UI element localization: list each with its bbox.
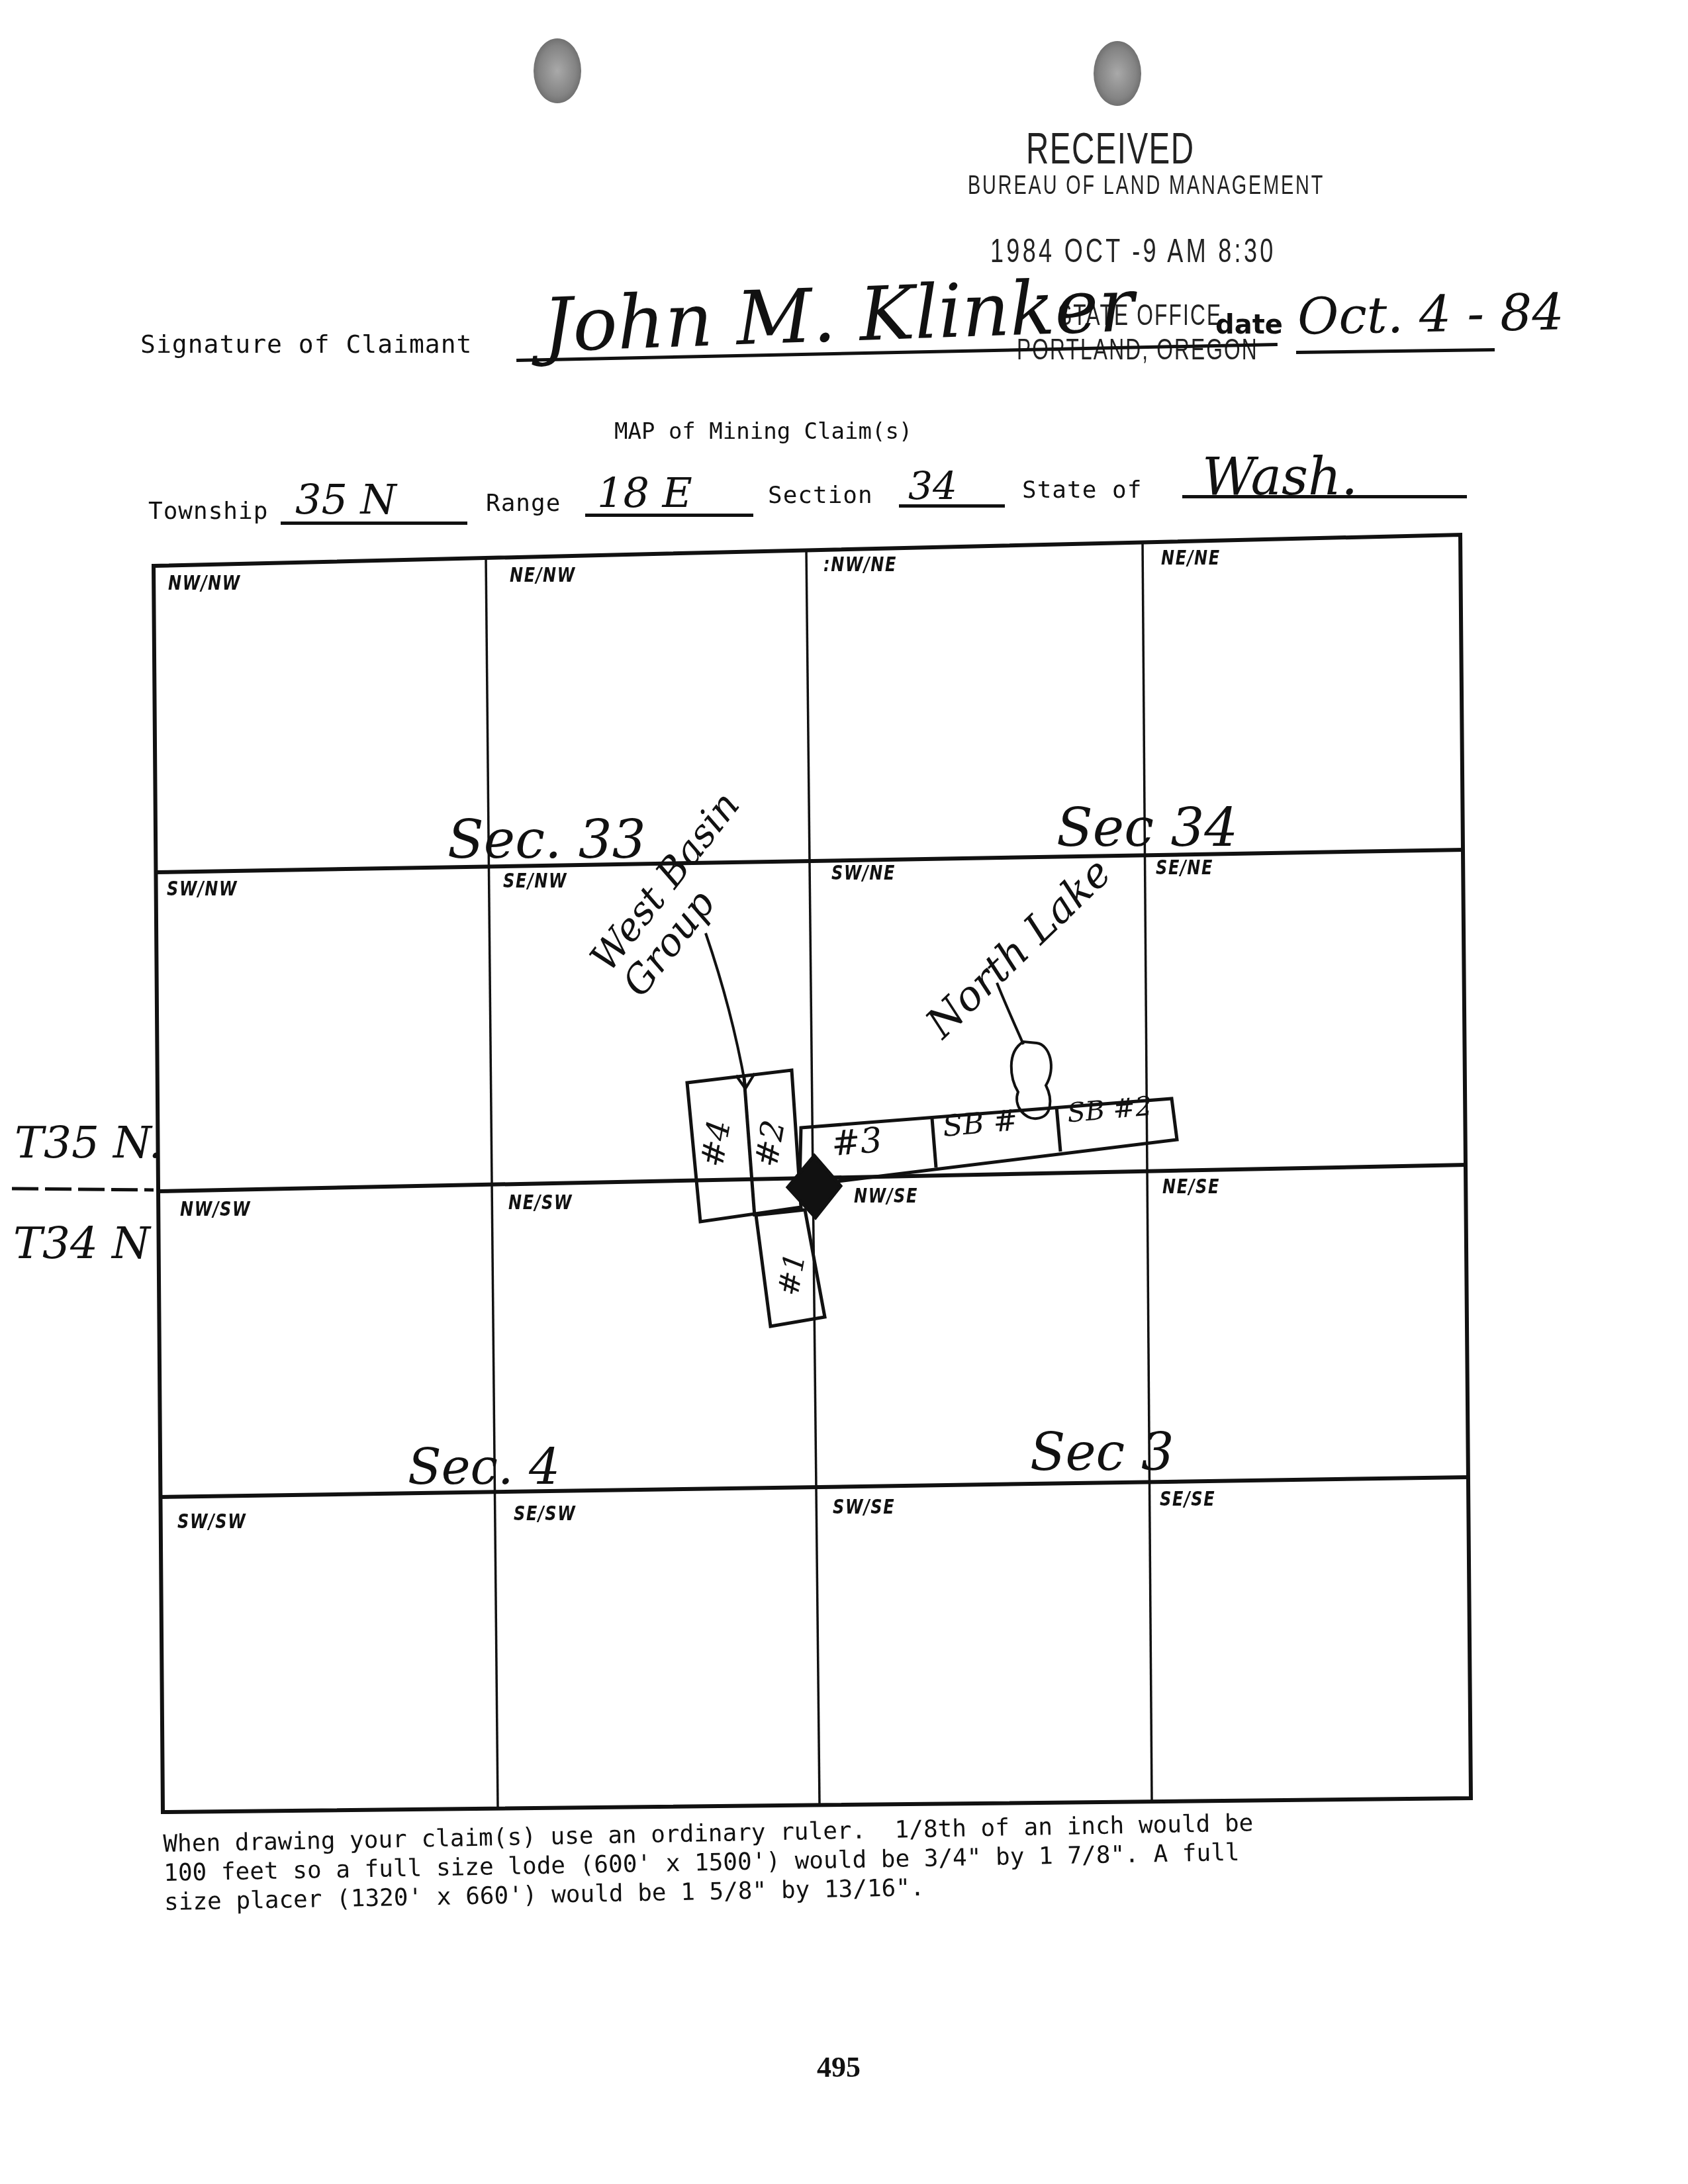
section-annotation-4: Sec. 4 xyxy=(408,1439,560,1496)
claim-label-3: #3 xyxy=(830,1120,884,1164)
quarter-label: SW/NW xyxy=(167,878,238,901)
section-annotation-34: Sec 34 xyxy=(1056,797,1238,858)
township-annotation-north: T35 N. xyxy=(15,1117,163,1168)
quarter-label: SW/SE xyxy=(833,1496,895,1519)
quarter-label: NW/SW xyxy=(180,1198,251,1221)
quarter-label: SE/NW xyxy=(503,870,567,893)
section-annotation-33: Sec. 33 xyxy=(447,809,646,870)
quarter-label: NW/SE xyxy=(854,1185,918,1208)
quarter-label: SW/NE xyxy=(831,862,896,885)
quarter-label: SE/NE xyxy=(1156,856,1213,880)
quarter-label: :NW/NE xyxy=(823,553,897,576)
quarter-label: NE/SE xyxy=(1162,1175,1220,1199)
township-annotation-south: T34 N xyxy=(13,1218,150,1269)
quarter-label: SW/SW xyxy=(177,1510,246,1533)
quarter-label: SE/SE xyxy=(1160,1488,1215,1511)
claim-label-sb: SB # xyxy=(941,1103,1019,1144)
quarter-label: NE/NW xyxy=(510,564,576,587)
section-grid xyxy=(12,535,1471,1812)
quarter-label: NE/SW xyxy=(508,1191,573,1214)
section-annotation-3: Sec 3 xyxy=(1030,1423,1174,1482)
quarter-label: NE/NE xyxy=(1161,547,1221,570)
quarter-label: NW/NW xyxy=(168,572,241,595)
page-number: 495 xyxy=(817,2050,861,2084)
quarter-label: SE/SW xyxy=(514,1502,576,1525)
